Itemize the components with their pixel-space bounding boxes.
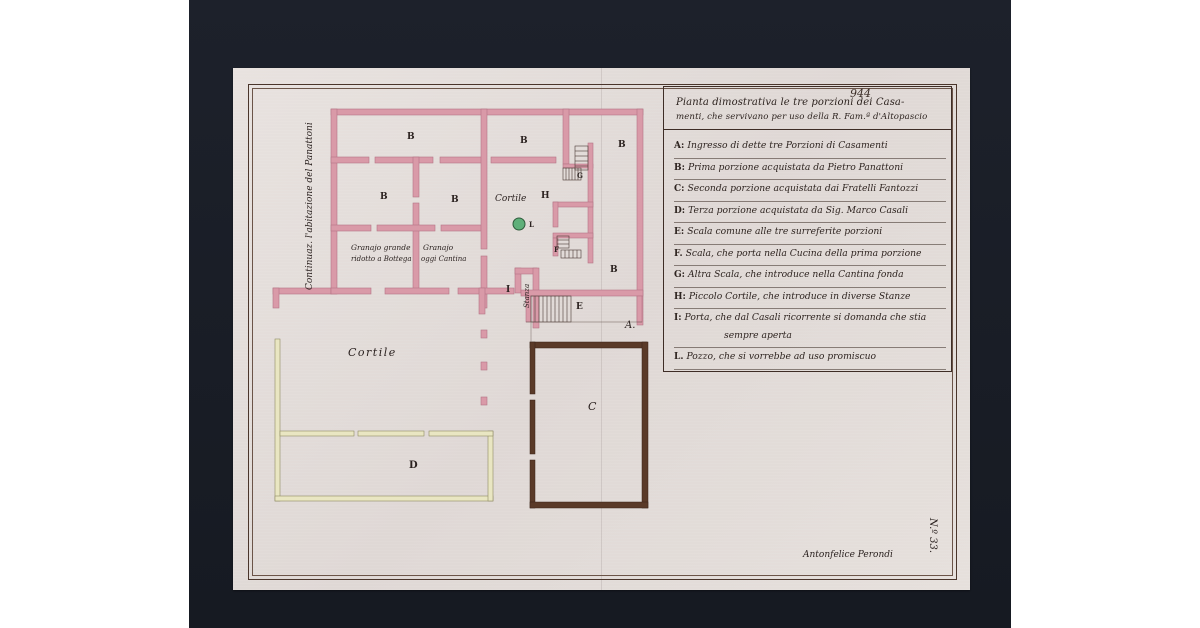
small-granary-label-line1: Granajo (423, 243, 453, 252)
legend-text: Scala, che porta nella Cucina della prim… (686, 248, 922, 259)
legend-key: E: (674, 227, 684, 237)
granary-label-line2: ridotto a Bottega (351, 255, 412, 263)
legend-item-e: E:Scala comune alle tre surreferite porz… (674, 223, 946, 245)
portion-c-label: C (588, 400, 596, 413)
legend-key: B: (674, 163, 685, 173)
legend-item-h: H:Piccolo Cortile, che introduce in dive… (674, 288, 946, 310)
legend-text: Seconda porzione acquistata dai Fratelli… (688, 183, 919, 194)
legend-item-c: C:Seconda porzione acquistata dai Fratel… (674, 180, 946, 202)
entrance-a-label: A. (625, 320, 635, 331)
door-i-label: I (506, 285, 510, 295)
room-label-b: B (520, 136, 528, 146)
portion-c-walls (530, 342, 648, 508)
legend-key: L. (674, 352, 683, 362)
legend-box: 944 Pianta dimostrativa le tre porzioni … (663, 86, 952, 372)
side-note-panattoni: Continuaz. l'abitazione del Panattoni (305, 122, 315, 290)
room-label-b: B (380, 192, 388, 202)
room-label-b: B (618, 140, 626, 150)
legend-text: Prima porzione acquistata da Pietro Pana… (688, 162, 903, 173)
stair-f-label: F (554, 245, 559, 254)
portion-d-label: D (409, 460, 418, 471)
legend-text: Scala comune alle tre surreferite porzio… (687, 226, 882, 237)
signature: Antonfelice Perondi (803, 550, 893, 560)
legend-text: Porta, che dal Casali ricorrente si doma… (685, 312, 927, 323)
room-label-b: B (610, 265, 618, 275)
legend-key: D: (674, 206, 685, 216)
room-label-b: B (451, 195, 459, 205)
legend-text: Piccolo Cortile, che introduce in divers… (689, 291, 911, 302)
legend-text: Terza porzione acquistata da Sig. Marco … (688, 205, 908, 216)
manuscript-sheet: Continuaz. l'abitazione del Panattoni B … (233, 68, 970, 590)
legend-text-continued: sempre aperta (674, 327, 946, 345)
well-l-label: L (529, 220, 534, 229)
legend-key: C: (674, 184, 685, 194)
legend-item-d: D:Terza porzione acquistata da Sig. Marc… (674, 202, 946, 224)
inner-courtyard-label: Cortile (495, 194, 526, 204)
courtyard-h-label: H (541, 191, 550, 201)
legend-title: Pianta dimostrativa le tre porzioni dei … (676, 95, 946, 125)
room-label-b: B (407, 132, 415, 142)
legend-list: A:Ingresso di dette tre Porzioni di Casa… (674, 137, 946, 370)
legend-key: F. (674, 249, 683, 259)
legend-text: Ingresso di dette tre Porzioni di Casame… (687, 140, 887, 151)
legend-key: G: (674, 270, 685, 280)
legend-item-b: B:Prima porzione acquistata da Pietro Pa… (674, 159, 946, 181)
stanza-label: Stanza (523, 284, 531, 308)
well-circle (513, 218, 525, 230)
legend-item-f: F.Scala, che porta nella Cucina della pr… (674, 245, 946, 267)
granary-label-line1: Granajo grande (351, 243, 411, 252)
legend-key: H: (674, 292, 686, 302)
outer-courtyard-label: Cortile (348, 346, 397, 359)
legend-item-g: G:Altra Scala, che introduce nella Canti… (674, 266, 946, 288)
portion-d-walls (275, 339, 493, 501)
title-divider (664, 129, 951, 130)
stair-e-label: E (576, 302, 583, 312)
stair-g-label: G (577, 171, 583, 180)
legend-text: Altra Scala, che introduce nella Cantina… (688, 269, 904, 280)
legend-item-i: I:Porta, che dal Casali ricorrente si do… (674, 309, 946, 348)
legend-item-a: A:Ingresso di dette tre Porzioni di Casa… (674, 137, 946, 159)
legend-item-l: L.Pozzo, che si vorrebbe ad uso promiscu… (674, 348, 946, 370)
legend-key: I: (674, 313, 682, 323)
archive-number: N.º 33. (927, 518, 938, 553)
legend-title-line1: Pianta dimostrativa le tre porzioni dei … (676, 95, 946, 110)
legend-text: Pozzo, che si vorrebbe ad uso promiscuo (686, 351, 876, 362)
legend-title-line2: menti, che servivano per uso della R. Fa… (676, 110, 946, 125)
legend-key: A: (674, 141, 684, 151)
small-granary-label-line2: oggi Cantina (421, 255, 466, 263)
